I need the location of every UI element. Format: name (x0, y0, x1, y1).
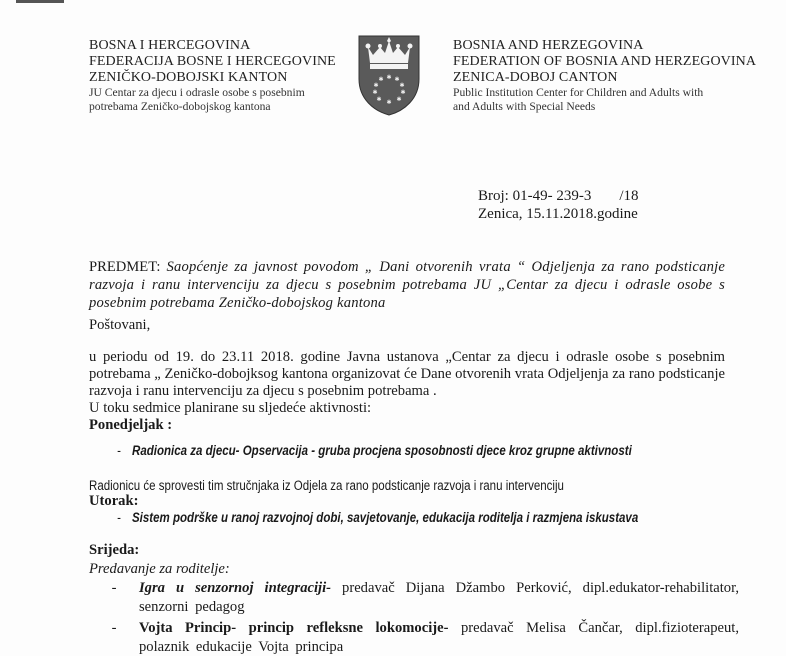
institution-name-bs-1: JU Centar za djecu i odrasle osobe s pos… (89, 86, 336, 100)
svg-text:✱: ✱ (373, 82, 378, 89)
institution-name-en-2: and Adults with Special Needs (453, 100, 756, 114)
svg-text:✱: ✱ (378, 76, 383, 83)
tuesday-item: - Sistem podrške u ranoj razvojnoj dobi,… (89, 510, 638, 525)
letterhead-right: BOSNIA AND HERZEGOVINA FEDERATION OF BOS… (453, 38, 756, 114)
monday-item: - Radionica za djecu- Opservacija - grub… (89, 443, 632, 458)
day-monday-label: Ponedjeljak : (89, 417, 725, 434)
monday-activity: Radionica za djecu- Opservacija - gruba … (132, 443, 632, 458)
svg-text:✱: ✱ (400, 89, 405, 96)
coat-of-arms-icon: ✱✱✱ ✱✱✱ ✱✱✱ ✱ (356, 33, 422, 117)
day-wednesday-label: Srijeda: (89, 541, 739, 560)
bullet-dash: - (89, 443, 132, 458)
bullet-dash: - (89, 619, 139, 656)
monday-note: Radionicu će sprovesti tim stručnjaka iz… (89, 478, 638, 493)
wednesday-sublabel: Predavanje za roditelje: (89, 561, 230, 577)
lecture-2-title: Vojta Princip- princip refleksne lokomoc… (139, 620, 448, 636)
bullet-dash: - (89, 579, 139, 617)
monday-section: - Radionica za djecu- Opservacija - grub… (89, 443, 720, 458)
svg-text:✱: ✱ (386, 99, 391, 106)
wednesday-item-1: - Igra u senzornoj integraciji- predavač… (89, 579, 739, 617)
country-name-bs: BOSNA I HERCEGOVINA (89, 38, 336, 54)
tuesday-activity: Sistem podrške u ranoj razvojnoj dobi, s… (132, 510, 638, 525)
place-date: Zenica, 15.11.2018.godine (478, 205, 639, 223)
svg-text:✱: ✱ (372, 89, 377, 96)
letterhead-left: BOSNA I HERCEGOVINA FEDERACIJA BOSNE I H… (89, 38, 336, 114)
lecture-1-title: Igra u senzornoj integraciji- (139, 580, 331, 596)
intro-paragraph: u periodu od 19. do 23.11 2018. godine J… (89, 349, 725, 434)
greeting: Poštovani, (89, 317, 150, 334)
svg-text:✱: ✱ (399, 82, 404, 89)
reference-number: Broj: 01-49- 239-3 (478, 188, 591, 204)
svg-text:✱: ✱ (396, 96, 401, 103)
svg-text:✱: ✱ (376, 96, 381, 103)
activities-intro: U toku sedmice planirane su sljedeće akt… (89, 400, 725, 417)
federation-name-bs: FEDERACIJA BOSNE I HERCEGOVINE (89, 54, 336, 70)
wednesday-section: Srijeda: Predavanje za roditelje: - Igra… (89, 541, 739, 656)
wednesday-item-2: - Vojta Princip- princip refleksne lokom… (89, 619, 739, 656)
day-tuesday-label: Utorak: (89, 493, 728, 510)
svg-text:✱: ✱ (386, 74, 391, 81)
bullet-dash: - (89, 510, 132, 525)
tuesday-section: Radionicu će sprovesti tim stručnjaka iz… (89, 478, 728, 525)
canton-name-bs: ZENIČKO-DOBOJSKI KANTON (89, 70, 336, 86)
subject-line: PREDMET: Saopćenje za javnost povodom „ … (89, 258, 725, 312)
canton-name-en: ZENICA-DOBOJ CANTON (453, 70, 756, 86)
document-reference: Broj: 01-49- 239-3/18 Zenica, 15.11.2018… (478, 187, 639, 223)
subject-text: Saopćenje za javnost povodom „ Dani otvo… (89, 259, 725, 311)
institution-name-bs-2: potrebama Zeničko-dobojskog kantona (89, 100, 336, 114)
scan-artifact (16, 0, 64, 3)
federation-name-en: FEDERATION OF BOSNIA AND HERZEGOVINA (453, 54, 756, 70)
institution-name-en-1: Public Institution Center for Children a… (453, 86, 756, 100)
intro-text: u periodu od 19. do 23.11 2018. godine J… (89, 349, 725, 399)
subject-label: PREDMET: (89, 259, 160, 275)
reference-year: /18 (619, 188, 638, 204)
country-name-en: BOSNIA AND HERZEGOVINA (453, 38, 756, 54)
